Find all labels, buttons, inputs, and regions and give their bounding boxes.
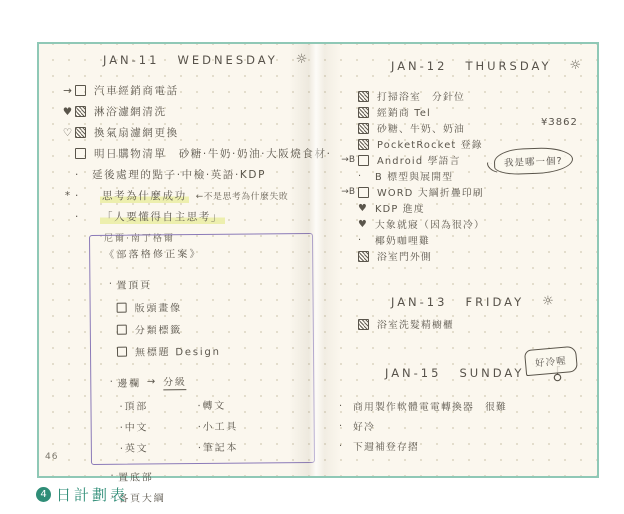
- task-text: 商用製作軟體電電轉換器 很難: [353, 399, 507, 413]
- bullet-icon: ·: [75, 169, 92, 181]
- speech-bubble-so-cold: 好冷喔: [524, 346, 578, 376]
- task-text: 好冷: [353, 419, 375, 433]
- bullet-icon: ·: [106, 471, 118, 482]
- checkbox-empty: [358, 155, 369, 166]
- checkbox-empty: [117, 346, 127, 356]
- task-text: 大象就寢（因為很冷）: [375, 217, 485, 231]
- task-row: · 下週補登存摺: [339, 436, 507, 456]
- box-col-item: ·頂部: [119, 397, 197, 413]
- checkbox-empty: [75, 148, 86, 159]
- bullet-icon: ·: [75, 190, 92, 202]
- caption-number-badge: 4: [36, 487, 51, 502]
- highlighted-quote: 「人要懂得自主思考」: [100, 209, 225, 224]
- arrow-b-marker: →B: [333, 155, 355, 165]
- notebook-spread: JAN-11 WEDNESDAY ☼ → 汽車經銷商電話 ♥ 淋浴濾網清洗 ♡: [37, 42, 599, 478]
- box-col-item: ·中文: [120, 418, 198, 434]
- caption-label: 日計劃表: [56, 484, 128, 505]
- task-row: 浴室洗髮精櫥櫃: [333, 316, 454, 332]
- box-check-label: 版頭畫像: [135, 299, 182, 314]
- weekday-label: WEDNESDAY: [177, 53, 277, 67]
- box-item-label: 置頂頁: [116, 276, 152, 291]
- heart-icon: ♥: [60, 106, 75, 118]
- checkbox-done: [75, 127, 86, 138]
- task-text: PocketRocket 登錄: [377, 137, 483, 151]
- jan15-task-list: · 商用製作軟體電電轉換器 很難 · 好冷 · 下週補登存摺: [339, 396, 507, 456]
- sun-icon: ☼: [542, 294, 554, 309]
- task-text: Android 學語言: [377, 153, 461, 167]
- bullet-icon: ·: [105, 377, 117, 388]
- speech-bubble-which-one: 我是哪一個?: [494, 147, 573, 176]
- heart-icon: ♥: [358, 203, 375, 214]
- box-col-item: ·轉文: [197, 397, 226, 412]
- checkbox-done: [358, 123, 369, 134]
- task-row: ♥ KDP 進度: [333, 200, 485, 216]
- blog-revision-box: 《部落格修正案》 · 置頂頁 版頭畫像 分類標籤: [89, 233, 315, 465]
- checkbox-done: [358, 139, 369, 150]
- task-row: →B WORD 大綱折疊印刷: [333, 184, 485, 200]
- margin-note: ←不是思考為什麼失敗: [196, 189, 289, 202]
- checkbox-done: [358, 319, 369, 330]
- task-row: · B 標型與展開型: [333, 168, 485, 184]
- jan12-task-list: 打掃浴室 分針位 經銷商 Tel 砂糖、牛奶、奶油 PocketRocket 登…: [333, 88, 485, 264]
- bullet-icon: ·: [75, 211, 92, 223]
- left-page-header: JAN-11 WEDNESDAY ☼: [103, 52, 307, 67]
- asterisk-icon: *: [60, 190, 75, 202]
- checkbox-empty: [358, 187, 369, 198]
- box-col-item: ·英文: [120, 439, 198, 455]
- task-text: 延後處理的點子·中檢·英語·KDP: [92, 167, 266, 182]
- bullet-icon: ·: [358, 171, 375, 182]
- date-label: JAN-11: [103, 53, 159, 67]
- task-text: 打掃浴室 分針位: [377, 89, 465, 103]
- box-title: 《部落格修正案》: [104, 244, 308, 261]
- task-row: PocketRocket 登錄: [333, 136, 485, 152]
- heart-icon: ♥: [358, 219, 375, 230]
- box-item-label: 邊欄: [117, 375, 141, 390]
- arrow-icon: →: [147, 376, 157, 387]
- task-text: 砂糖、牛奶、奶油: [377, 121, 465, 135]
- task-row: 經銷商 Tel: [333, 104, 485, 120]
- task-row: ♥ 大象就寢（因為很冷）: [333, 216, 485, 232]
- task-row: 打掃浴室 分針位: [333, 88, 485, 104]
- weekday-label: SUNDAY: [459, 366, 524, 380]
- checkbox-done: [75, 106, 86, 117]
- checkbox-done: [358, 251, 369, 262]
- weekday-label: FRIDAY: [465, 295, 524, 309]
- checkbox-empty: [117, 302, 127, 312]
- box-check-label: 分類標籤: [135, 321, 182, 336]
- right-page-header-jan12: JAN-12 THURSDAY ☼: [391, 58, 581, 73]
- checkbox-empty: [117, 324, 127, 334]
- box-check-label: 無標題 Design: [135, 343, 221, 359]
- task-text: 經銷商 Tel: [377, 105, 431, 119]
- bullet-icon: ·: [104, 279, 116, 290]
- task-text: B 標型與展開型: [375, 169, 453, 183]
- box-col-item: ·小工具: [198, 418, 239, 433]
- task-row: · 商用製作軟體電電轉換器 很難: [339, 396, 507, 416]
- task-text: 換氣扇濾網更換: [94, 125, 179, 140]
- task-text: 浴室門外側: [377, 249, 432, 263]
- underlined-label: 分級: [163, 373, 187, 390]
- price-note: ¥3862: [541, 117, 578, 128]
- bullet-icon: ·: [339, 401, 353, 412]
- highlighted-text: 思考為什麼成功: [100, 188, 189, 203]
- task-text: WORD 大綱折疊印刷: [377, 185, 484, 199]
- task-text: 椰奶咖哩雞: [375, 233, 430, 247]
- figure-daily-plan-spread: JAN-11 WEDNESDAY ☼ → 汽車經銷商電話 ♥ 淋浴濾網清洗 ♡: [0, 0, 624, 514]
- task-row: →B Android 學語言: [333, 152, 485, 168]
- checkbox-done: [358, 107, 369, 118]
- bullet-icon: ·: [358, 235, 375, 246]
- right-page-header-jan13: JAN-13 FRIDAY ☼: [391, 294, 554, 309]
- weekday-label: THURSDAY: [465, 59, 551, 73]
- task-row: 浴室門外側: [333, 248, 485, 264]
- date-label: JAN-13: [391, 295, 447, 309]
- figure-caption: 4 日計劃表: [36, 484, 128, 505]
- box-item-label: 置底部: [118, 468, 154, 483]
- sun-icon: ☼: [570, 58, 582, 73]
- arrow-marker-icon: →: [60, 85, 75, 97]
- task-row: 砂糖、牛奶、奶油: [333, 120, 485, 136]
- task-text: KDP 進度: [375, 201, 425, 215]
- box-col-item: ·筆記本: [198, 439, 239, 454]
- task-text: 汽車經銷商電話: [94, 83, 179, 98]
- bullet-icon: ·: [339, 441, 353, 452]
- task-row: · 椰奶咖哩雞: [333, 232, 485, 248]
- checkbox-empty: [75, 85, 86, 96]
- page-number: 46: [45, 452, 58, 462]
- jan13-task-list: 浴室洗髮精櫥櫃: [333, 316, 454, 332]
- checkbox-done: [358, 91, 369, 102]
- task-row: · 好冷: [339, 416, 507, 436]
- task-text: 下週補登存摺: [353, 439, 419, 453]
- task-text: 浴室洗髮精櫥櫃: [377, 317, 454, 331]
- task-text: 淋浴濾網清洗: [94, 104, 167, 119]
- date-label: JAN-15: [385, 366, 441, 380]
- bullet-icon: ·: [339, 421, 353, 432]
- heart-outline-icon: ♡: [60, 127, 75, 139]
- date-label: JAN-12: [391, 59, 447, 73]
- arrow-b-marker: →B: [333, 187, 355, 197]
